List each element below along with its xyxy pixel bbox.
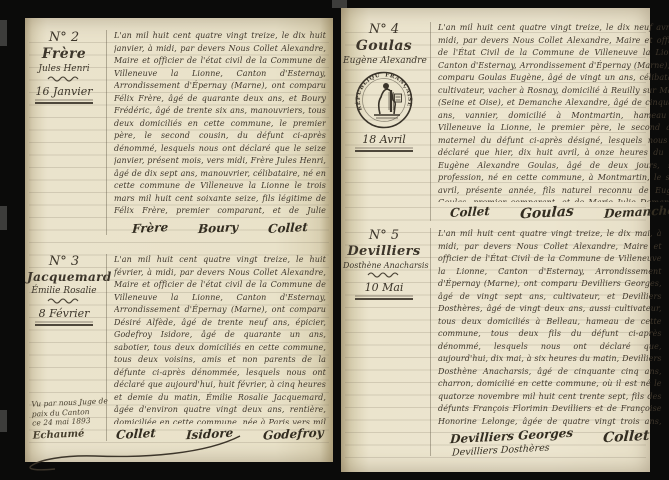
date-underline: [355, 150, 413, 152]
scanner-tab: [0, 20, 7, 46]
act-5-margin: N° 5 Devilliers Dosthène Anacharsis 10 M…: [343, 228, 425, 456]
act-date: 8 Février: [27, 307, 101, 320]
act-given-names: Eugène Alexandre: [343, 56, 425, 66]
death-act-4: N° 4 Goulas Eugène Alexandre RÉPUBLIQUE …: [343, 22, 645, 221]
act-number: N° 4: [343, 22, 425, 37]
signature-flourish-icon: [25, 432, 255, 474]
act-number: N° 3: [27, 254, 101, 269]
act-given-names: Dosthène Anacharsis: [343, 261, 425, 270]
death-act-2: N° 2 Frère Jules Henri 16 Janvier L'an m…: [27, 30, 328, 235]
act-2-body-column: L'an mil huit cent quatre vingt treize, …: [106, 30, 328, 235]
act-text: L'an mil huit cent quatre vingt treize, …: [114, 30, 326, 218]
date-underline: [35, 102, 93, 104]
scanned-register-photo: { "stamp": { "arc_left": "RÉPUBLIQUE", "…: [0, 0, 669, 480]
act-surname: Frère: [27, 46, 101, 62]
act-4-body-column: L'an mil huit cent quatre vingt treize, …: [430, 22, 669, 221]
signature: Frère: [132, 220, 169, 236]
register-page-right: N° 4 Goulas Eugène Alexandre RÉPUBLIQUE …: [341, 8, 650, 472]
signature: Collet: [268, 220, 309, 236]
act-text: L'an mil huit cent quatre vingt treize, …: [438, 22, 669, 202]
signature: Goulas: [519, 204, 574, 223]
squiggle-icon: [47, 297, 81, 304]
act-2-signatures: Frère Boury Collet: [114, 221, 326, 235]
date-underline: [35, 324, 93, 326]
register-page-left: N° 2 Frère Jules Henri 16 Janvier L'an m…: [25, 18, 333, 462]
signature: Collet: [603, 428, 650, 446]
scanner-tab: [0, 206, 7, 230]
act-surname: Devilliers: [343, 244, 425, 259]
act-4-signatures: Collet Goulas Demanche: [438, 205, 669, 221]
act-date: 18 Avril: [343, 133, 425, 146]
signature: Collet: [450, 204, 491, 222]
act-number: N° 5: [343, 228, 425, 243]
act-surname: Jacquemard: [27, 270, 101, 284]
seal-text-left: RÉPUBLIQUE: [354, 70, 381, 111]
act-5-signatures-line2: Devilliers Dosthères: [438, 445, 662, 456]
scanner-tab: [332, 0, 347, 8]
act-given-names: Jules Henri: [27, 64, 101, 74]
act-text: L'an mil huit cent quatre vingt treize, …: [438, 228, 662, 426]
act-5-body-column: L'an mil huit cent quatre vingt treize, …: [430, 228, 664, 456]
act-given-names: Émilie Rosalie: [27, 286, 101, 296]
svg-text:RÉPUBLIQUE: RÉPUBLIQUE: [354, 70, 381, 111]
signature: Godefroy: [263, 425, 324, 442]
act-date: 16 Janvier: [27, 85, 101, 98]
date-underline: [355, 298, 413, 300]
squiggle-icon: [367, 271, 401, 278]
signature: Boury: [198, 220, 239, 236]
act-date: 10 Mai: [343, 281, 425, 294]
squiggle-icon: [47, 75, 81, 82]
act-4-margin: N° 4 Goulas Eugène Alexandre RÉPUBLIQUE …: [343, 22, 425, 221]
signature: Demanche: [603, 203, 669, 223]
act-surname: Goulas: [343, 38, 425, 54]
seal-figure: [374, 83, 402, 118]
republique-francaise-seal-icon: RÉPUBLIQUE FRANÇAISE: [354, 70, 414, 130]
act-2-margin: N° 2 Frère Jules Henri 16 Janvier: [27, 30, 101, 235]
act-number: N° 2: [27, 30, 101, 45]
death-act-5: N° 5 Devilliers Dosthène Anacharsis 10 M…: [343, 228, 645, 456]
scanner-tab: [0, 410, 7, 432]
